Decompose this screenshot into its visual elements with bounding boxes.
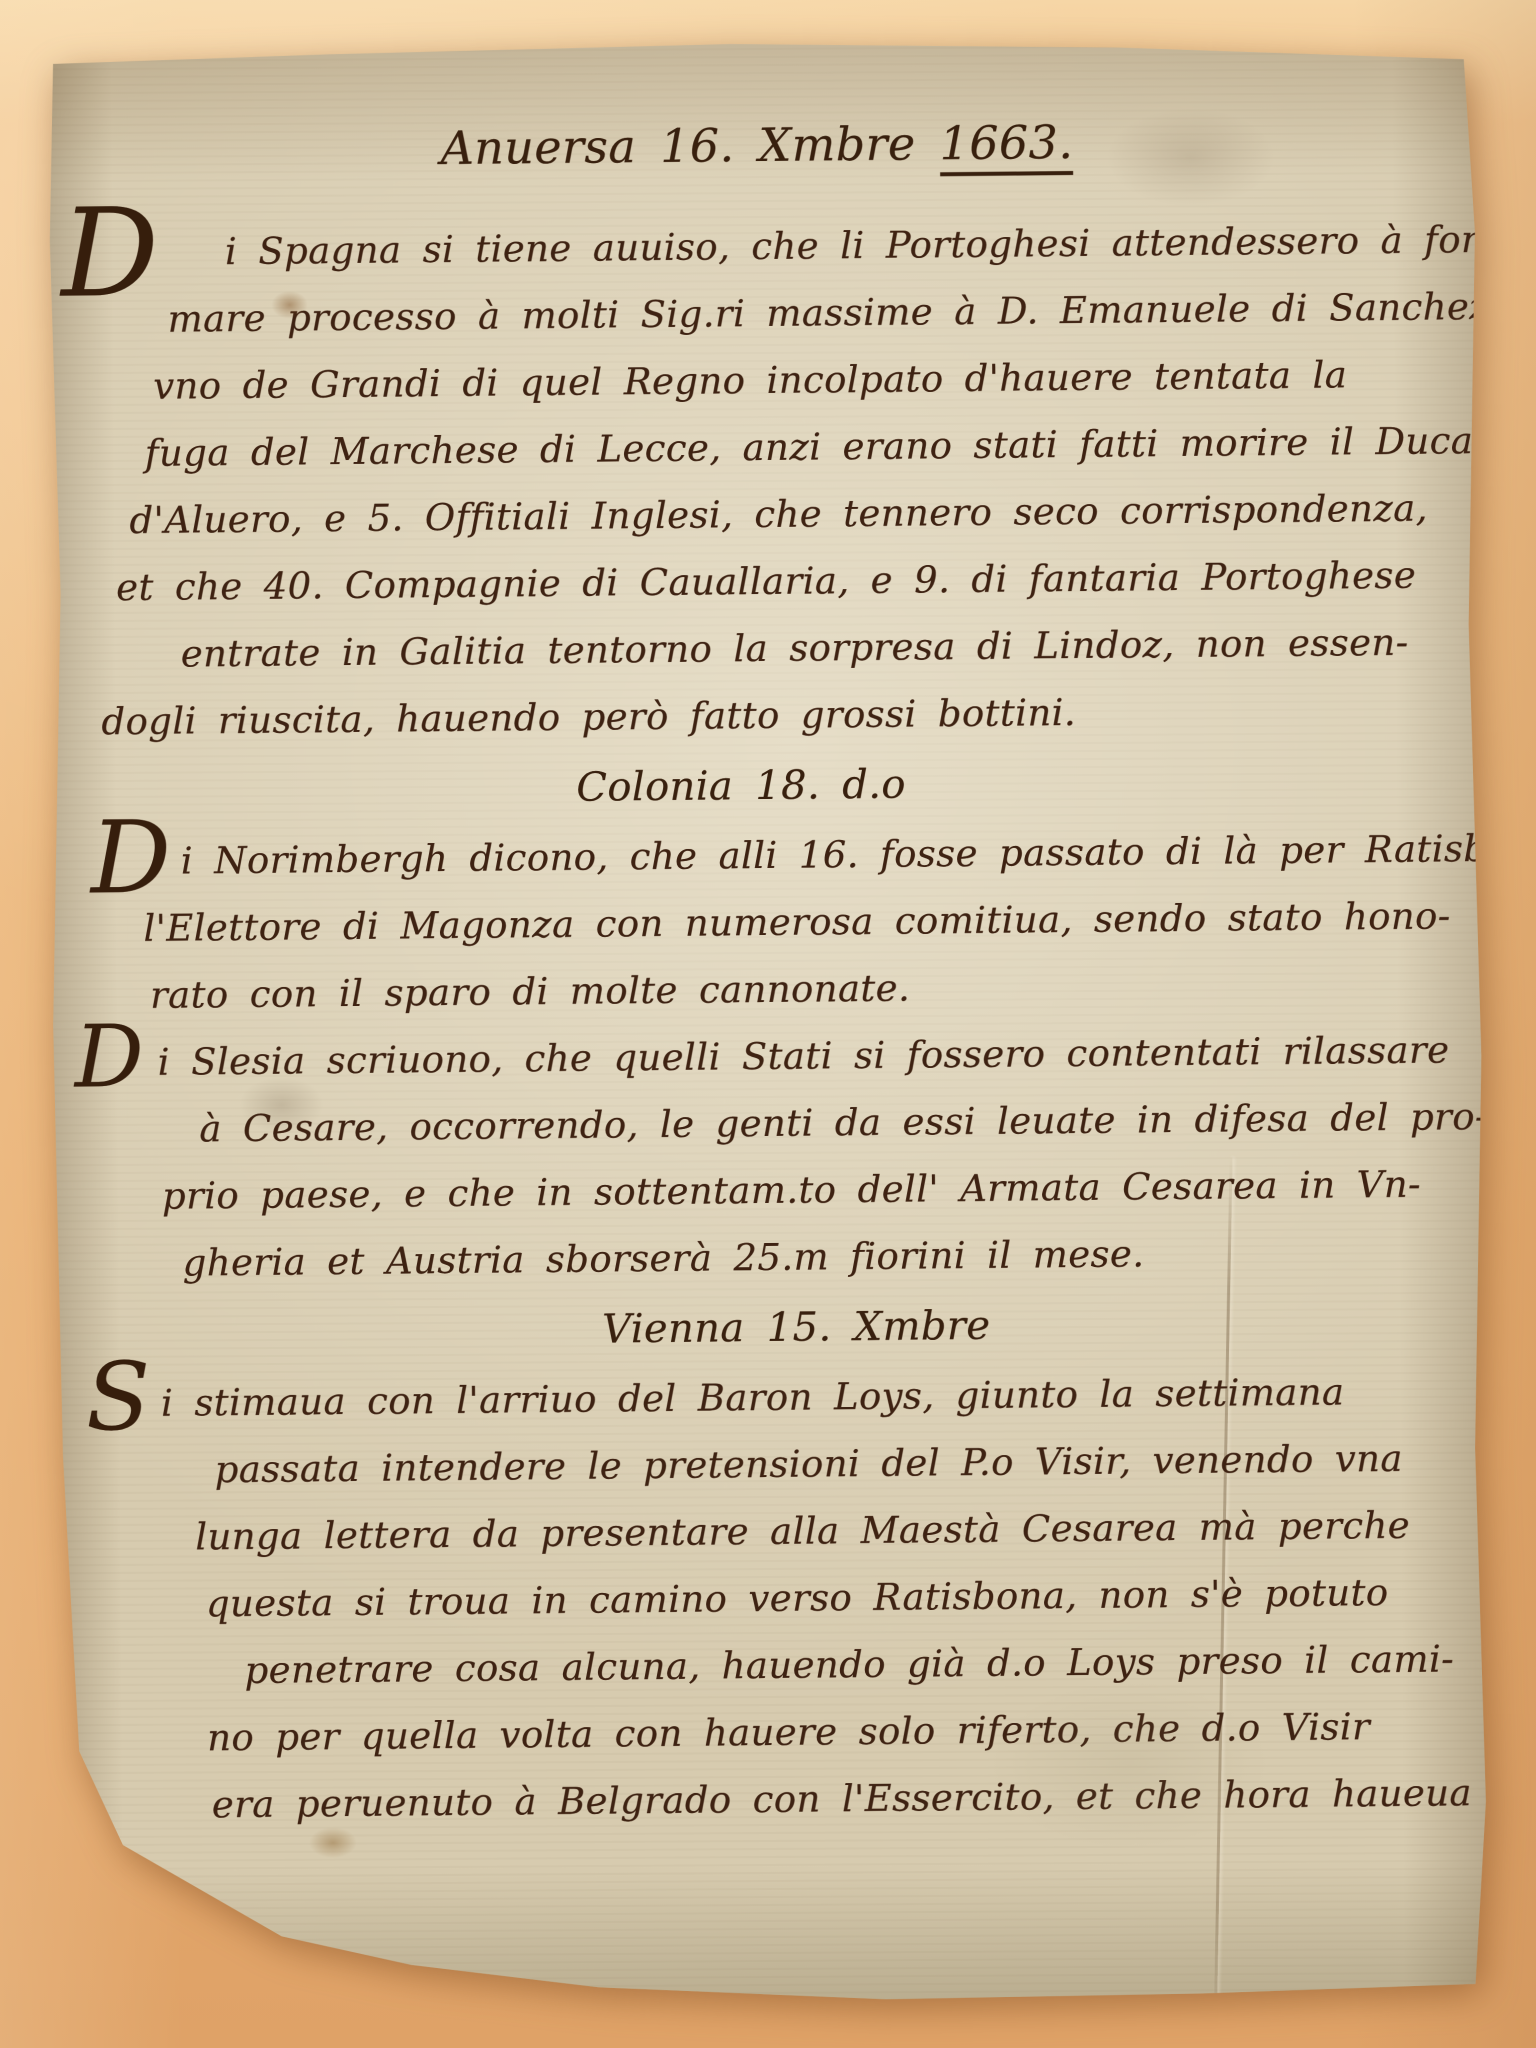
line-text: i Slesia scriuono, che quelli Stati si f… (157, 1028, 1449, 1083)
line-text: i stimaua con l'arriuo del Baron Loys, g… (161, 1370, 1345, 1424)
manuscript-line: fuga del Marchese di Lecce, anzi erano s… (144, 407, 1463, 487)
line-text: i Spagna si tiene auuiso, che li Portogh… (225, 218, 1492, 273)
dateline-title: Anuersa 16. Xmbre 1663. (54, 105, 1461, 185)
section-heading-colonia: Colonia 18. d.o (38, 746, 1445, 826)
dateline-year: 1663. (939, 115, 1073, 176)
manuscript-page: Anuersa 16. Xmbre 1663. D i Spagna si ti… (40, 36, 1490, 2007)
manuscript-line: prio paese, e che in sottentam.to dell' … (162, 1150, 1471, 1230)
manuscript-line: no per quella volta con hauere solo rife… (207, 1692, 1476, 1771)
manuscript-line: rato con il sparo di molte cannonate. (150, 949, 1469, 1029)
section-heading-vienna: Vienna 15. Xmbre (93, 1288, 1500, 1368)
manuscript-line: à Cesare, occorrendo, le genti da essi l… (199, 1083, 1470, 1162)
manuscript-line: D i Norimbergh dicono, che alli 16. foss… (60, 815, 1467, 895)
paragraph-norimbergh: D i Norimbergh dicono, che alli 16. foss… (60, 815, 1468, 1029)
manuscript-line: passata intendere le pretensioni del P.o… (214, 1424, 1473, 1503)
line-text: i Norimbergh dicono, che alli 16. fosse … (180, 826, 1536, 882)
paragraph-slesia: D i Slesia scriuono, che quelli Stati si… (62, 1016, 1471, 1297)
manuscript-line: era peruenuto à Belgrado con l'Essercito… (211, 1759, 1476, 1838)
manuscript-line: dogli riuscita, hauendo però fatto gross… (101, 675, 1466, 755)
manuscript-line: d'Aluero, e 5. Offitiali Inglesi, che te… (129, 474, 1464, 554)
manuscript-line: lunga lettera da presentare alla Maestà … (195, 1491, 1474, 1570)
manuscript-line: mare processo à molti Sig.ri massime à D… (167, 273, 1462, 352)
paragraph-vienna: S i stimaua con l'arriuo del Baron Loys,… (66, 1357, 1476, 1839)
drop-cap: D (61, 253, 159, 254)
manuscript-line: entrate in Galitia tentorno la sorpresa … (180, 608, 1465, 687)
drop-cap: S (86, 1398, 151, 1399)
manuscript-line: vno de Grandi di quel Regno incolpato d'… (153, 340, 1463, 420)
dateline-place: Anuersa 16. Xmbre (440, 117, 915, 176)
manuscript-line: penetrare cosa alcuna, hauendo già d.o L… (244, 1625, 1475, 1704)
manuscript-content: Anuersa 16. Xmbre 1663. D i Spagna si ti… (53, 53, 1476, 1839)
manuscript-line: questa si troua in camino verso Ratisbon… (206, 1558, 1475, 1637)
drop-cap: D (91, 858, 172, 859)
manuscript-line: D i Slesia scriuono, che quelli Stati si… (62, 1016, 1469, 1096)
paragraph-spagna: D i Spagna si tiene auuiso, che li Porto… (55, 206, 1466, 755)
manuscript-line: gheria et Austria sborserà 25.m fiorini … (182, 1217, 1471, 1296)
manuscript-line: S i stimaua con l'arriuo del Baron Loys,… (66, 1357, 1473, 1437)
manuscript-line: D i Spagna si tiene auuiso, che li Porto… (55, 206, 1462, 286)
drop-cap: D (75, 1057, 144, 1058)
manuscript-sheet-wrapper: Anuersa 16. Xmbre 1663. D i Spagna si ti… (40, 36, 1490, 2007)
manuscript-line: l'Elettore di Magonza con numerosa comit… (143, 882, 1468, 962)
